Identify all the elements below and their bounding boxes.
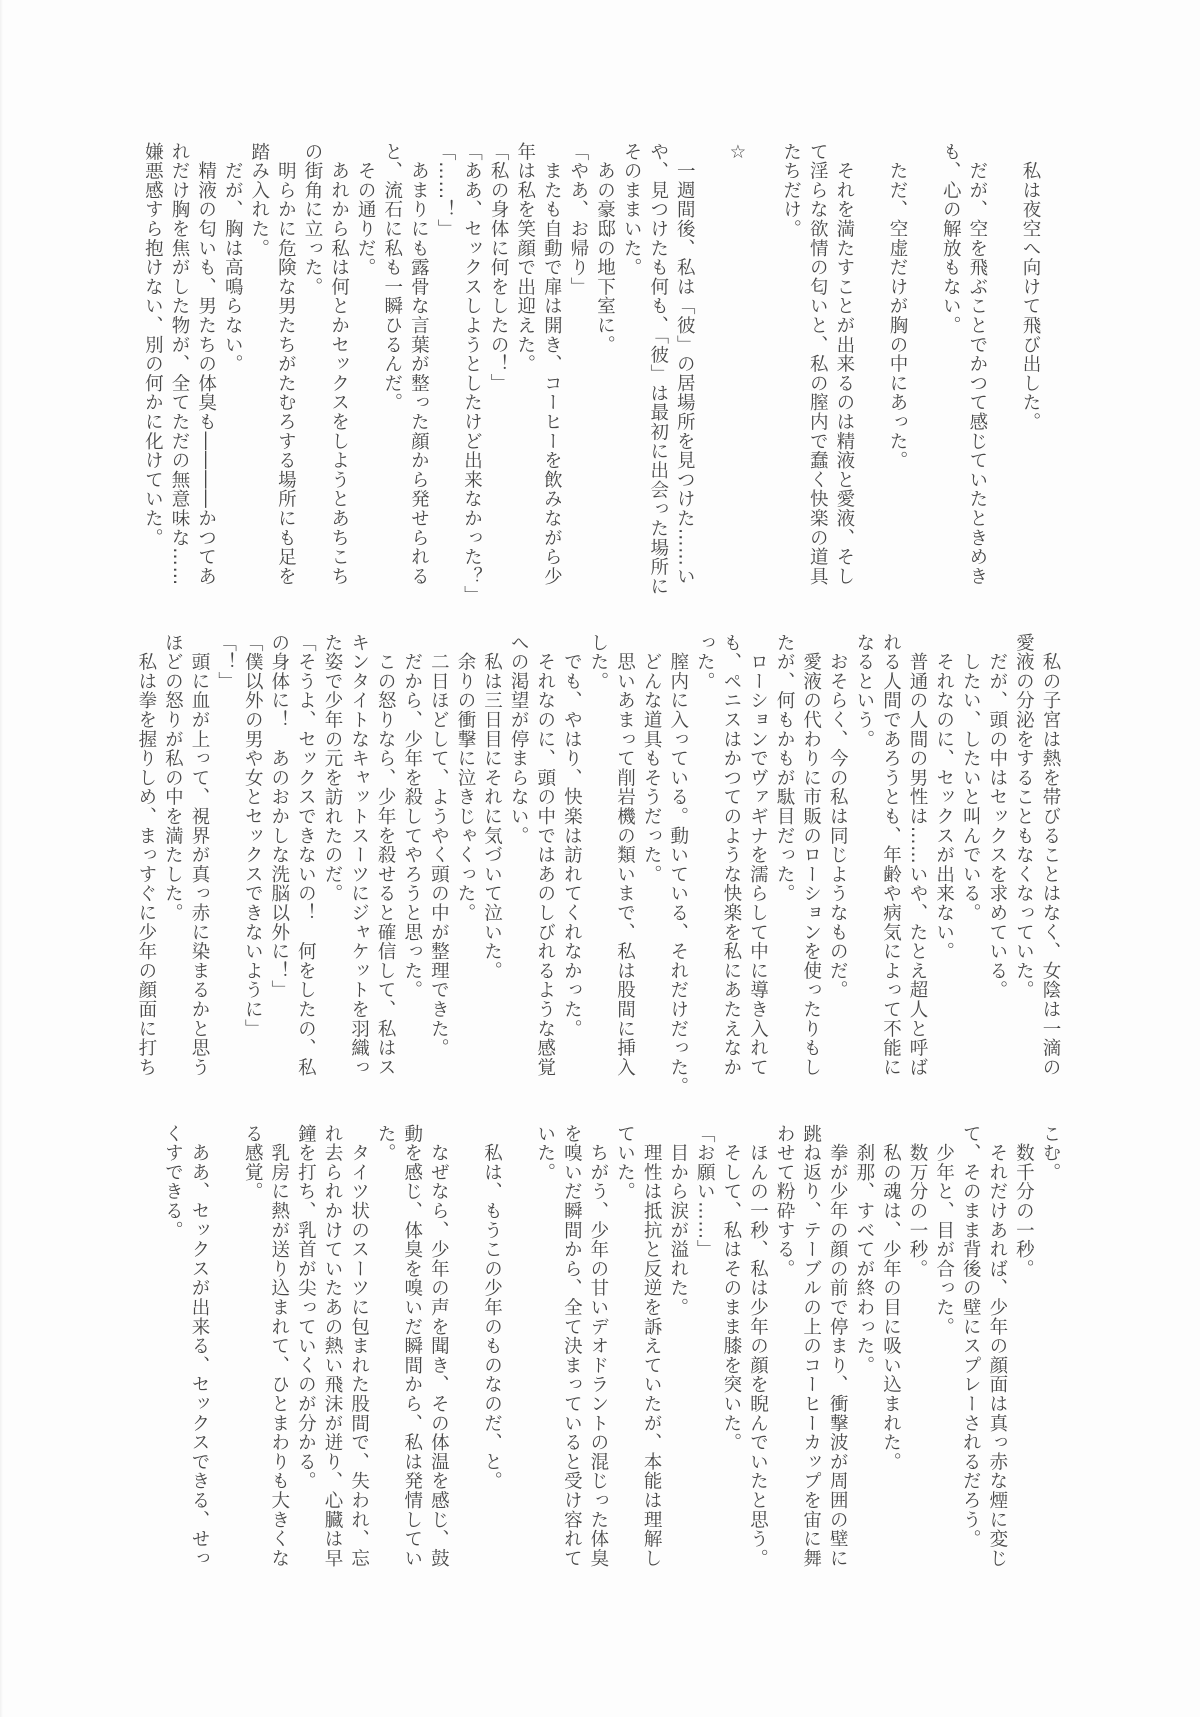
text-line: 愛液の代わりに市販のローションを使ったりもし xyxy=(797,633,824,1113)
text-line: したい、したいと叫んでいる。 xyxy=(957,633,984,1113)
text-line: 私は夜空へ向けて飛び出した。 xyxy=(1016,142,1043,622)
text-line: ただ、空虚だけが胸の中にあった。 xyxy=(883,142,910,622)
text-line: ほんの一秒、私は少年の顔を睨んでいたと思う。 xyxy=(744,1124,771,1604)
blank-line xyxy=(750,142,777,622)
text-line: ちがう、少年の甘いデオドラントの混じった体臭 xyxy=(584,1124,611,1604)
dialogue-line: 「私の身体に何をしたの！」 xyxy=(485,142,512,622)
text-line: の街角に立った。 xyxy=(298,142,325,622)
text-line: 数千分の一秒。 xyxy=(1010,1124,1037,1604)
text-line: 理性は抵抗と反逆を訴えていたが、本能は理解し xyxy=(638,1124,665,1604)
text-line: る感覚。 xyxy=(239,1124,266,1604)
dialogue-line: 「……！」 xyxy=(431,142,458,622)
text-line: 二日ほどして、ようやく頭の中が整理できた。 xyxy=(425,633,452,1113)
text-line: だが、頭の中はセックスを求めている。 xyxy=(983,633,1010,1113)
text-line: ほどの怒りが私の中を満たした。 xyxy=(159,633,186,1113)
text-line: 嫌悪感すら抱けない、別の何かに化けていた。 xyxy=(139,142,166,622)
text-line: それなのに、頭の中ではあのしびれるような感覚 xyxy=(531,633,558,1113)
scanned-novel-page: 私は夜空へ向けて飛び出した。 だが、空を飛ぶことでかつて感じていたときめき も、… xyxy=(0,0,1200,1717)
text-line: った。 xyxy=(691,633,718,1113)
text-line: 年は私を笑顔で出迎えた。 xyxy=(511,142,538,622)
text-line: くすできる。 xyxy=(159,1124,186,1604)
text-line: タイツ状のスーツに包まれた股間で、失われ、忘 xyxy=(345,1124,372,1604)
text-line: あの豪邸の地下室に。 xyxy=(591,142,618,622)
text-line: たが、何もかもが駄目だった。 xyxy=(770,633,797,1113)
text-block-bottom: こむ。 数千分の一秒。 それだけあれば、少年の顔面は真っ赤な煙に変じ て、そのま… xyxy=(159,1124,1063,1604)
text-line: 私は三日目にそれに気づいて泣いた。 xyxy=(478,633,505,1113)
text-line: なるという。 xyxy=(850,633,877,1113)
text-line: 普通の人間の男性は……いや、たとえ超人と呼ば xyxy=(903,633,930,1113)
text-line: なぜなら、少年の声を聞き、その体温を感じ、鼓 xyxy=(425,1124,452,1604)
text-line: ああ、セックスが出来る、セックスできる、せっ xyxy=(185,1124,212,1604)
text-line: でも、やはり、快楽は訪れてくれなかった。 xyxy=(558,633,585,1113)
text-line: れる人間であろうとも、年齢や病気によって不能に xyxy=(877,633,904,1113)
dialogue-line: 「やあ、お帰り」 xyxy=(564,142,591,622)
scene-break-star-icon: ☆ xyxy=(724,142,751,622)
text-line: 目から涙が溢れた。 xyxy=(664,1124,691,1604)
text-line: 数万分の一秒。 xyxy=(903,1124,930,1604)
text-line: それを満たすことが出来るのは精液と愛液、そし xyxy=(830,142,857,622)
text-line: またも自動で扉は開き、コーヒーを飲みながら少 xyxy=(538,142,565,622)
text-line: そのままいた。 xyxy=(618,142,645,622)
text-line: あまりにも露骨な言葉が整った顔から発せられる xyxy=(405,142,432,622)
text-line: 動を感じ、体臭を嗅いだ瞬間から、私は発情してい xyxy=(398,1124,425,1604)
blank-line xyxy=(697,142,724,622)
dialogue-line: 「！」 xyxy=(212,633,239,1113)
blank-line xyxy=(505,1124,532,1604)
text-line: キンタイトなキャットスーツにジャケットを羽織っ xyxy=(345,633,372,1113)
text-line: 跳ね返り、テーブルの上のコーヒーカップを宙に舞 xyxy=(797,1124,824,1604)
text-line: と、流石に私も一瞬ひるんだ。 xyxy=(378,142,405,622)
text-block-top: 私は夜空へ向けて飛び出した。 だが、空を飛ぶことでかつて感じていたときめき も、… xyxy=(139,142,1043,622)
blank-line xyxy=(451,1124,478,1604)
blank-line xyxy=(910,142,937,622)
text-line: 思いあまって削岩機の類いまで、私は股間に挿入 xyxy=(611,633,638,1113)
text-line: 余りの衝撃に泣きじゃくった。 xyxy=(451,633,478,1113)
text-line: そして、私はそのまま膝を突いた。 xyxy=(717,1124,744,1604)
text-line: を嗅いだ瞬間から、全て決まっていると受け容れて xyxy=(558,1124,585,1604)
text-line: 頭に血が上って、視界が真っ赤に染まるかと思う xyxy=(185,633,212,1113)
text-line: 明らかに危険な男たちがたむろする場所にも足を xyxy=(272,142,299,622)
text-line: それだけあれば、少年の顔面は真っ赤な煙に変じ xyxy=(983,1124,1010,1604)
text-line: 私は拳を握りしめ、まっすぐに少年の顔面に打ち xyxy=(132,633,159,1113)
text-line: 拳が少年の顔の前で停まり、衝撃波が周囲の壁に xyxy=(824,1124,851,1604)
text-line: あれから私は何とかセックスをしようとあちこち xyxy=(325,142,352,622)
text-line: いた。 xyxy=(531,1124,558,1604)
text-line: 私は、もうこの少年のものなのだ、と。 xyxy=(478,1124,505,1604)
text-line: した。 xyxy=(584,633,611,1113)
text-line: ローションでヴァギナを濡らして中に導き入れて xyxy=(744,633,771,1113)
text-line: や、見つけたも何も、「彼」は最初に出会った場所に xyxy=(644,142,671,622)
text-line: て、そのまま背後の壁にスプレーされるだろう。 xyxy=(957,1124,984,1604)
text-line: だが、空を飛ぶことでかつて感じていたときめき xyxy=(963,142,990,622)
text-line: 私の子宮は熱を帯びることはなく、女陰は一滴の xyxy=(1036,633,1063,1113)
text-line: も、心の解放もない。 xyxy=(937,142,964,622)
text-block-middle: 私の子宮は熱を帯びることはなく、女陰は一滴の 愛液の分泌をすることもなくなってい… xyxy=(132,633,1063,1113)
text-line: ていた。 xyxy=(611,1124,638,1604)
text-line: だが、胸は高鳴らない。 xyxy=(219,142,246,622)
dialogue-line: 「お願い……」 xyxy=(691,1124,718,1604)
text-line: 精液の匂いも、男たちの体臭も――――かつてあ xyxy=(192,142,219,622)
text-line: 踏み入れた。 xyxy=(245,142,272,622)
text-line: たちだけ。 xyxy=(777,142,804,622)
text-line: 愛液の分泌をすることもなくなっていた。 xyxy=(1010,633,1037,1113)
text-line: その通りだ。 xyxy=(352,142,379,622)
text-line: この怒りなら、少年を殺せると確信して、私はス xyxy=(372,633,399,1113)
text-line: 膣内に入っている。動いている、それだけだった。 xyxy=(664,633,691,1113)
dialogue-line: 「そうよ、セックスできないの！ 何をしたの、私 xyxy=(292,633,319,1113)
text-line: こむ。 xyxy=(1036,1124,1063,1604)
text-line: て淫らな欲情の匂いと、私の膣内で蠢く快楽の道具 xyxy=(804,142,831,622)
text-line: 刹那、すべてが終わった。 xyxy=(850,1124,877,1604)
text-line: れだけ胸を焦がした物が、全てただの無意味な…… xyxy=(165,142,192,622)
blank-line xyxy=(857,142,884,622)
text-line: 一週間後、私は「彼」の居場所を見つけた……い xyxy=(671,142,698,622)
text-line: それなのに、セックスが出来ない。 xyxy=(930,633,957,1113)
text-line: だから、少年を殺してやろうと思った。 xyxy=(398,633,425,1113)
text-line: どんな道具もそうだった。 xyxy=(638,633,665,1113)
scan-edge-shadow xyxy=(0,0,3,1717)
text-line: 私の魂は、少年の目に吸い込まれた。 xyxy=(877,1124,904,1604)
text-line: 鐘を打ち、乳首が尖っていくのが分かる。 xyxy=(292,1124,319,1604)
text-line: 少年と、目が合った。 xyxy=(930,1124,957,1604)
text-line: れ去られかけていたあの熱い飛沫が迸り、心臓は早 xyxy=(318,1124,345,1604)
blank-line xyxy=(990,142,1017,622)
text-line: おそらく、今の私は同じようなものだ。 xyxy=(824,633,851,1113)
text-line: た姿で少年の元を訪れたのだ。 xyxy=(318,633,345,1113)
dialogue-line: 「ああ、セックスしようとしたけど出来なかった？」 xyxy=(458,142,485,622)
text-line: への渇望が停まらない。 xyxy=(505,633,532,1113)
dialogue-line: の身体に！ あのおかしな洗脳以外に！」 xyxy=(265,633,292,1113)
dialogue-line: 「僕以外の男や女とセックスできないように」 xyxy=(239,633,266,1113)
blank-line xyxy=(212,1124,239,1604)
text-line: た。 xyxy=(372,1124,399,1604)
text-line: も、ペニスはかつてのような快楽を私にあたえなか xyxy=(717,633,744,1113)
text-line: わせて粉砕する。 xyxy=(770,1124,797,1604)
text-line: 乳房に熱が送り込まれて、ひとまわりも大きくな xyxy=(265,1124,292,1604)
